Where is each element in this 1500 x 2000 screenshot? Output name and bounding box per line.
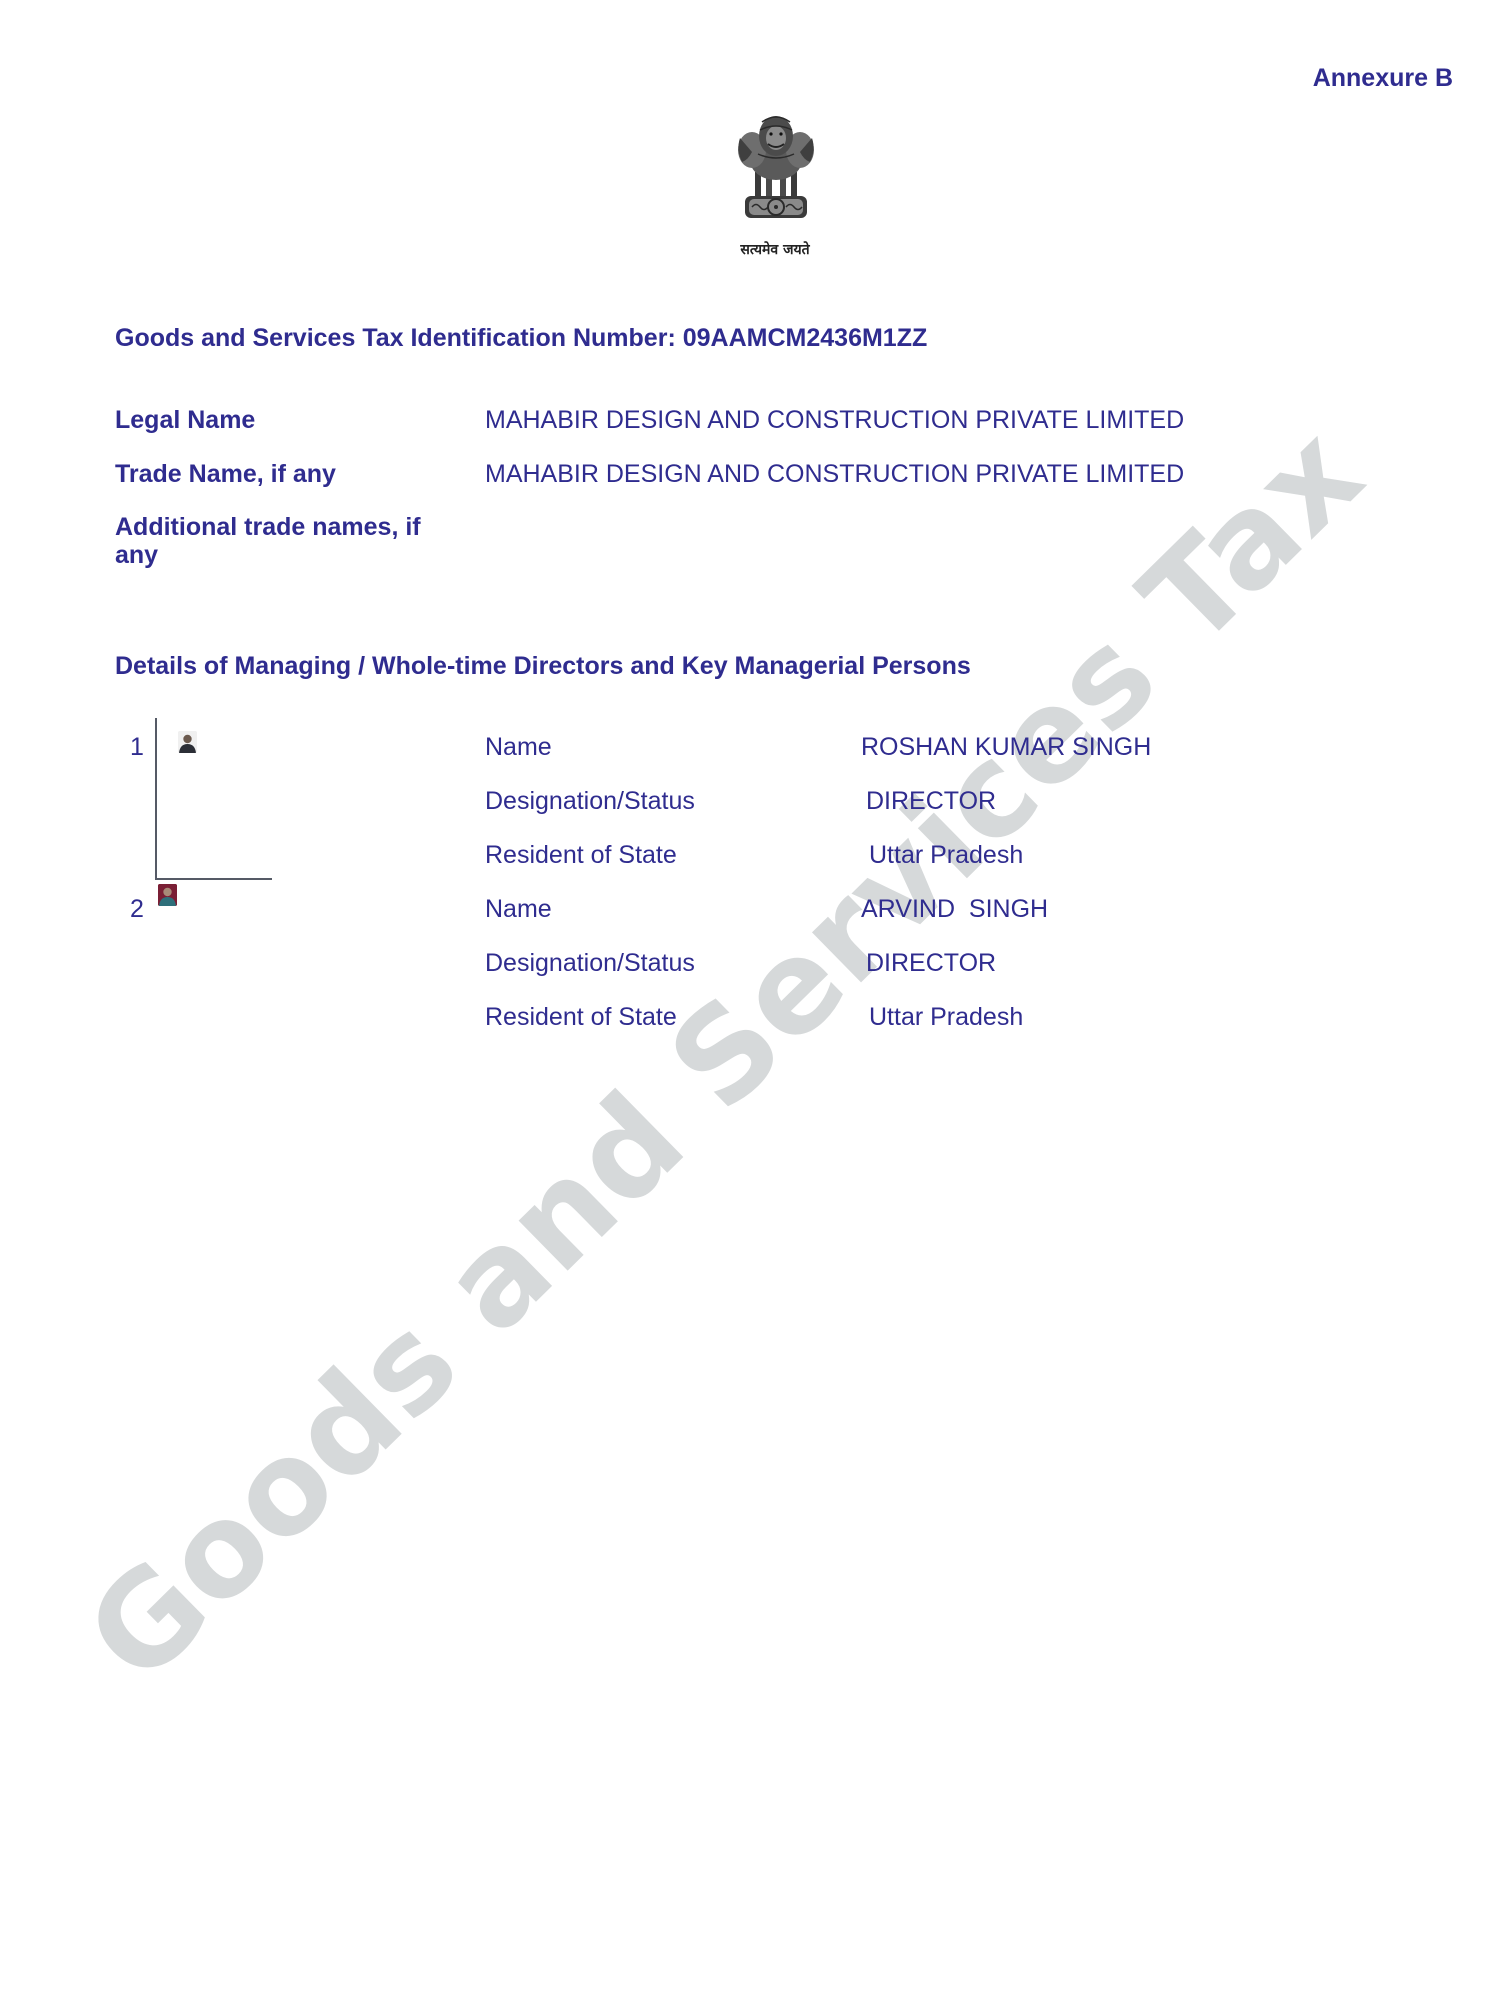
person-state: Uttar Pradesh: [869, 1003, 1023, 1032]
person-name: ROSHAN KUMAR SINGH: [861, 733, 1151, 762]
additional-trade-names-label: Additional trade names, if any: [115, 513, 455, 569]
name-label: Name: [485, 733, 552, 762]
designation-label: Designation/Status: [485, 949, 695, 978]
gstin-label: Goods and Services Tax Identification Nu…: [115, 324, 676, 352]
legal-name-label: Legal Name: [115, 406, 255, 435]
legal-name-value: MAHABIR DESIGN AND CONSTRUCTION PRIVATE …: [485, 406, 1184, 435]
photo-frame: [155, 718, 272, 880]
person-photo-icon: [178, 731, 197, 753]
gstin-line: Goods and Services Tax Identification Nu…: [115, 324, 927, 353]
trade-name-value: MAHABIR DESIGN AND CONSTRUCTION PRIVATE …: [485, 460, 1184, 489]
document-page: Annexure B: [0, 0, 1500, 2000]
person-name: ARVIND SINGH: [861, 895, 1048, 924]
person-designation: DIRECTOR: [866, 787, 996, 816]
state-label: Resident of State: [485, 1003, 677, 1032]
designation-label: Designation/Status: [485, 787, 695, 816]
person-state: Uttar Pradesh: [869, 841, 1023, 870]
directors-section-title: Details of Managing / Whole-time Directo…: [115, 652, 971, 681]
name-label: Name: [485, 895, 552, 924]
person-index: 1: [130, 733, 144, 762]
state-label: Resident of State: [485, 841, 677, 870]
trade-name-label: Trade Name, if any: [115, 460, 336, 489]
gstin-value: 09AAMCM2436M1ZZ: [683, 324, 928, 352]
national-emblem-icon: सत्यमेव जयते: [700, 108, 850, 263]
person-photo-icon: [158, 884, 177, 906]
person-designation: DIRECTOR: [866, 949, 996, 978]
person-index: 2: [130, 895, 144, 924]
emblem-motto: सत्यमेव जयते: [700, 240, 850, 259]
annexure-label: Annexure B: [1313, 64, 1453, 93]
